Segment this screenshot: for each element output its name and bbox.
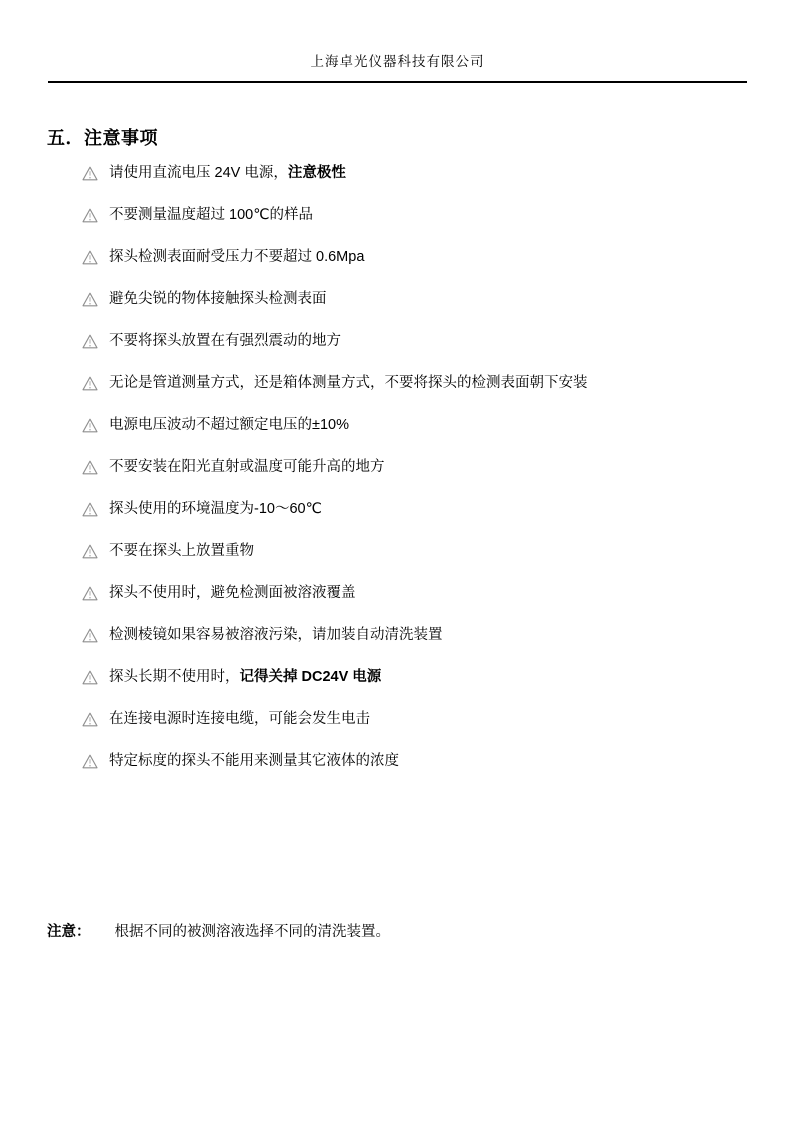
warning-item: 电源电压波动不超过额定电压的±10% [82, 416, 754, 458]
note-text: 无论是管道测量方式，还是箱体测量方式，不要将探头的检测表面朝下安装 [109, 374, 588, 393]
warning-item: 请使用直流电压 24V 电源，注意极性 [82, 164, 754, 206]
warning-triangle-icon [82, 208, 98, 223]
warning-item: 不要安装在阳光直射或温度可能升高的地方 [82, 458, 754, 500]
note-text: 不要安装在阳光直射或温度可能升高的地方 [109, 458, 385, 477]
note-text: 电源电压波动不超过额定电压的±10% [109, 416, 349, 435]
warning-triangle-icon [82, 334, 98, 349]
warning-notes-list: 请使用直流电压 24V 电源，注意极性 不要测量温度超过 100℃的样品 探头检… [82, 164, 754, 794]
warning-item: 探头不使用时，避免检测面被溶液覆盖 [82, 584, 754, 626]
warning-item: 在连接电源时连接电缆，可能会发生电击 [82, 710, 754, 752]
warning-item: 检测棱镜如果容易被溶液污染，请加装自动清洗装置 [82, 626, 754, 668]
warning-triangle-icon [82, 544, 98, 559]
section-title: 五．注意事项 [47, 124, 158, 150]
warning-item: 不要在探头上放置重物 [82, 542, 754, 584]
note-text: 探头检测表面耐受压力不要超过 0.6Mpa [109, 248, 364, 267]
footer-note-text: 根据不同的被测溶液选择不同的清洗装置。 [115, 922, 391, 942]
note-text: 探头长期不使用时，记得关掉 DC24V 电源 [109, 668, 381, 687]
warning-triangle-icon [82, 670, 98, 685]
warning-triangle-icon [82, 712, 98, 727]
warning-triangle-icon [82, 250, 98, 265]
warning-triangle-icon [82, 628, 98, 643]
warning-triangle-icon [82, 502, 98, 517]
warning-triangle-icon [82, 166, 98, 181]
document-page: 上海卓光仪器科技有限公司 五．注意事项 请使用直流电压 24V 电源，注意极性 … [0, 0, 794, 1123]
warning-item: 探头使用的环境温度为-10～60℃ [82, 500, 754, 542]
footer-note: 注意： 根据不同的被测溶液选择不同的清洗装置。 [47, 922, 390, 942]
warning-triangle-icon [82, 754, 98, 769]
note-text: 请使用直流电压 24V 电源，注意极性 [109, 164, 346, 183]
note-text: 不要测量温度超过 100℃的样品 [109, 206, 313, 225]
warning-item: 不要将探头放置在有强烈震动的地方 [82, 332, 754, 374]
section-title-text: 注意事项 [84, 128, 158, 148]
note-text: 不要将探头放置在有强烈震动的地方 [109, 332, 341, 351]
note-text: 探头不使用时，避免检测面被溶液覆盖 [109, 584, 356, 603]
page-header: 上海卓光仪器科技有限公司 [48, 50, 747, 83]
company-name: 上海卓光仪器科技有限公司 [311, 54, 485, 69]
note-text: 避免尖锐的物体接触探头检测表面 [109, 290, 327, 309]
warning-item: 特定标度的探头不能用来测量其它液体的浓度 [82, 752, 754, 794]
warning-item: 探头检测表面耐受压力不要超过 0.6Mpa [82, 248, 754, 290]
note-text: 探头使用的环境温度为-10～60℃ [109, 500, 322, 519]
warning-item: 探头长期不使用时，记得关掉 DC24V 电源 [82, 668, 754, 710]
warning-item: 避免尖锐的物体接触探头检测表面 [82, 290, 754, 332]
section-number: 五． [47, 128, 84, 148]
note-text: 在连接电源时连接电缆，可能会发生电击 [109, 710, 370, 729]
warning-item: 无论是管道测量方式，还是箱体测量方式，不要将探头的检测表面朝下安装 [82, 374, 754, 416]
warning-triangle-icon [82, 460, 98, 475]
warning-item: 不要测量温度超过 100℃的样品 [82, 206, 754, 248]
note-text: 检测棱镜如果容易被溶液污染，请加装自动清洗装置 [109, 626, 443, 645]
warning-triangle-icon [82, 586, 98, 601]
footer-note-label: 注意： [47, 922, 91, 942]
warning-triangle-icon [82, 292, 98, 307]
warning-triangle-icon [82, 376, 98, 391]
warning-triangle-icon [82, 418, 98, 433]
note-text: 不要在探头上放置重物 [109, 542, 254, 561]
note-text: 特定标度的探头不能用来测量其它液体的浓度 [109, 752, 399, 771]
